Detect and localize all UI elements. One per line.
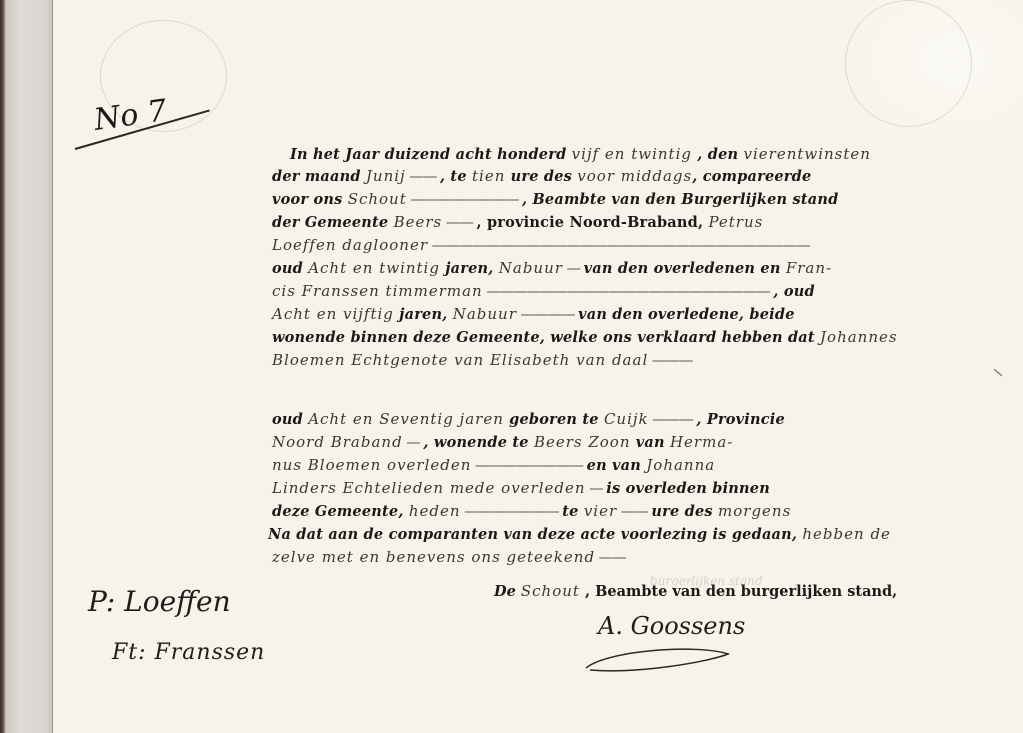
printed-text: geboren te (509, 411, 599, 428)
handwritten-day: vierentwinsten (744, 145, 871, 163)
handwritten-closing-1: hebben de (802, 525, 891, 543)
record-line-10: Bloemen Echtgenote van Elisabeth van daa… (272, 351, 692, 369)
official-footer: De Schout , Beambte van den burgerlijken… (494, 582, 897, 600)
binding-margin (0, 0, 52, 733)
printed-text: te (562, 503, 578, 520)
printed-text: , oud (773, 283, 814, 300)
printed-text: , Provincie (696, 411, 785, 428)
printed-text: en van (587, 457, 641, 474)
handwritten-residence: Beers Zoon (534, 433, 631, 451)
printed-text: , Beambte van den burgerlijken stand, (585, 583, 897, 600)
handwritten-witness2-age: Acht en vijftig (272, 305, 394, 323)
printed-text: , den (697, 146, 738, 163)
printed-text: der maand (272, 168, 361, 185)
handwritten-witness2-name-occupation: cis Franssen timmerman (272, 282, 483, 300)
record-line-3: voor ons Schout ———————— , Beambte van d… (272, 190, 838, 208)
handwritten-mother-firstname: Johanna (646, 456, 715, 474)
printed-text: ure des (651, 503, 712, 520)
embossed-seal-right (845, 0, 972, 127)
handwritten-witness2-firstname: Fran- (786, 259, 832, 277)
handwritten-mother-details: Linders Echtelieden mede overleden (272, 479, 586, 497)
handwritten-witness1-firstname: Petrus (708, 213, 763, 231)
handwritten-death-hour: vier (584, 502, 617, 520)
handwritten-father-firstname: Herma- (670, 433, 733, 451)
printed-text: voor ons (272, 191, 342, 208)
printed-text: van (636, 434, 665, 451)
signature-flourish (578, 640, 738, 680)
record-line-13: nus Bloemen overleden ———————— en van Jo… (272, 456, 715, 474)
printed-text: Na dat aan de comparanten van deze acte … (268, 526, 797, 543)
handwritten-witness2-relation: Nabuur (453, 305, 517, 323)
printed-text: De (494, 583, 516, 600)
handwritten-daypart: voor middags (577, 167, 692, 185)
handwritten-witness1-occupation: Loeffen daglooner (272, 236, 428, 254)
record-line-16: Na dat aan de comparanten van deze acte … (268, 525, 891, 543)
record-line-17: zelve met en benevens ons geteekend —— (272, 548, 626, 566)
handwritten-witness1-relation: Nabuur (499, 259, 563, 277)
printed-text: van den overledene, beide (578, 306, 795, 323)
record-line-9: wonende binnen deze Gemeente, welke ons … (272, 328, 898, 346)
signature-witness-1: P: Loeffen (88, 585, 231, 618)
record-line-5: Loeffen daglooner ——————————————————————… (272, 236, 810, 254)
handwritten-father-details: nus Bloemen overleden (272, 456, 471, 474)
record-line-8: Acht en vijftig jaren, Nabuur ———— van d… (272, 305, 795, 323)
handwritten-closing-2: zelve met en benevens ons geteekend (272, 548, 595, 566)
handwritten-deceased-firstname: Johannes (820, 328, 898, 346)
record-line-15: deze Gemeente, heden ——————— te vier —— … (272, 502, 791, 520)
printed-text: , provincie Noord-Braband, (476, 214, 703, 231)
handwritten-death-daypart: morgens (718, 502, 791, 520)
signature-official: A. Goossens (598, 612, 745, 640)
handwritten-birthplace: Cuijk (604, 410, 649, 428)
printed-text: , Beambte van den Burgerlijken stand (522, 191, 839, 208)
printed-text: , te (440, 168, 467, 185)
handwritten-official-title: Schout (521, 582, 580, 600)
handwritten-official-title: Schout (348, 190, 407, 208)
record-line-7: cis Franssen timmerman —————————————————… (272, 282, 815, 300)
printed-text: In het Jaar duizend acht honderd (290, 146, 566, 163)
printed-text: jaren, (399, 306, 447, 323)
handwritten-deceased-details: Bloemen Echtgenote van Elisabeth van daa… (272, 351, 648, 369)
record-line-1: In het Jaar duizend acht honderd vijf en… (290, 145, 871, 163)
record-line-2: der maand Junij —— , te tien ure des voo… (272, 167, 811, 185)
printed-text: is overleden binnen (606, 480, 770, 497)
printed-text: ure des (511, 168, 572, 185)
record-line-14: Linders Echtelieden mede overleden — is … (272, 479, 770, 497)
printed-text: wonende binnen deze Gemeente, welke ons … (272, 329, 815, 346)
printed-text: jaren, (445, 260, 493, 277)
signature-witness-2: Ft: Franssen (112, 640, 265, 665)
record-line-11: oud Acht en Seventig jaren geboren te Cu… (272, 410, 785, 428)
record-line-4: der Gemeente Beers —— , provincie Noord-… (272, 213, 763, 231)
printed-text: oud (272, 411, 303, 428)
handwritten-witness1-age: Acht en twintig (308, 259, 440, 277)
handwritten-month: Junij (366, 167, 406, 185)
handwritten-deceased-age: Acht en Seventig jaren (308, 410, 504, 428)
printed-text: der Gemeente (272, 214, 388, 231)
record-line-12: Noord Braband — , wonende te Beers Zoon … (272, 433, 733, 451)
record-line-6: oud Acht en twintig jaren, Nabuur — van … (272, 259, 832, 277)
handwritten-municipality: Beers (394, 213, 443, 231)
printed-text: deze Gemeente, (272, 503, 404, 520)
printed-text: , compareerde (692, 168, 811, 185)
printed-text: , wonende te (423, 434, 528, 451)
printed-text: van den overledenen en (584, 260, 781, 277)
handwritten-hour: tien (472, 167, 505, 185)
handwritten-birth-province: Noord Braband (272, 433, 403, 451)
handwritten-death-day: heden (409, 502, 461, 520)
handwritten-year: vijf en twintig (572, 145, 692, 163)
printed-text: oud (272, 260, 303, 277)
